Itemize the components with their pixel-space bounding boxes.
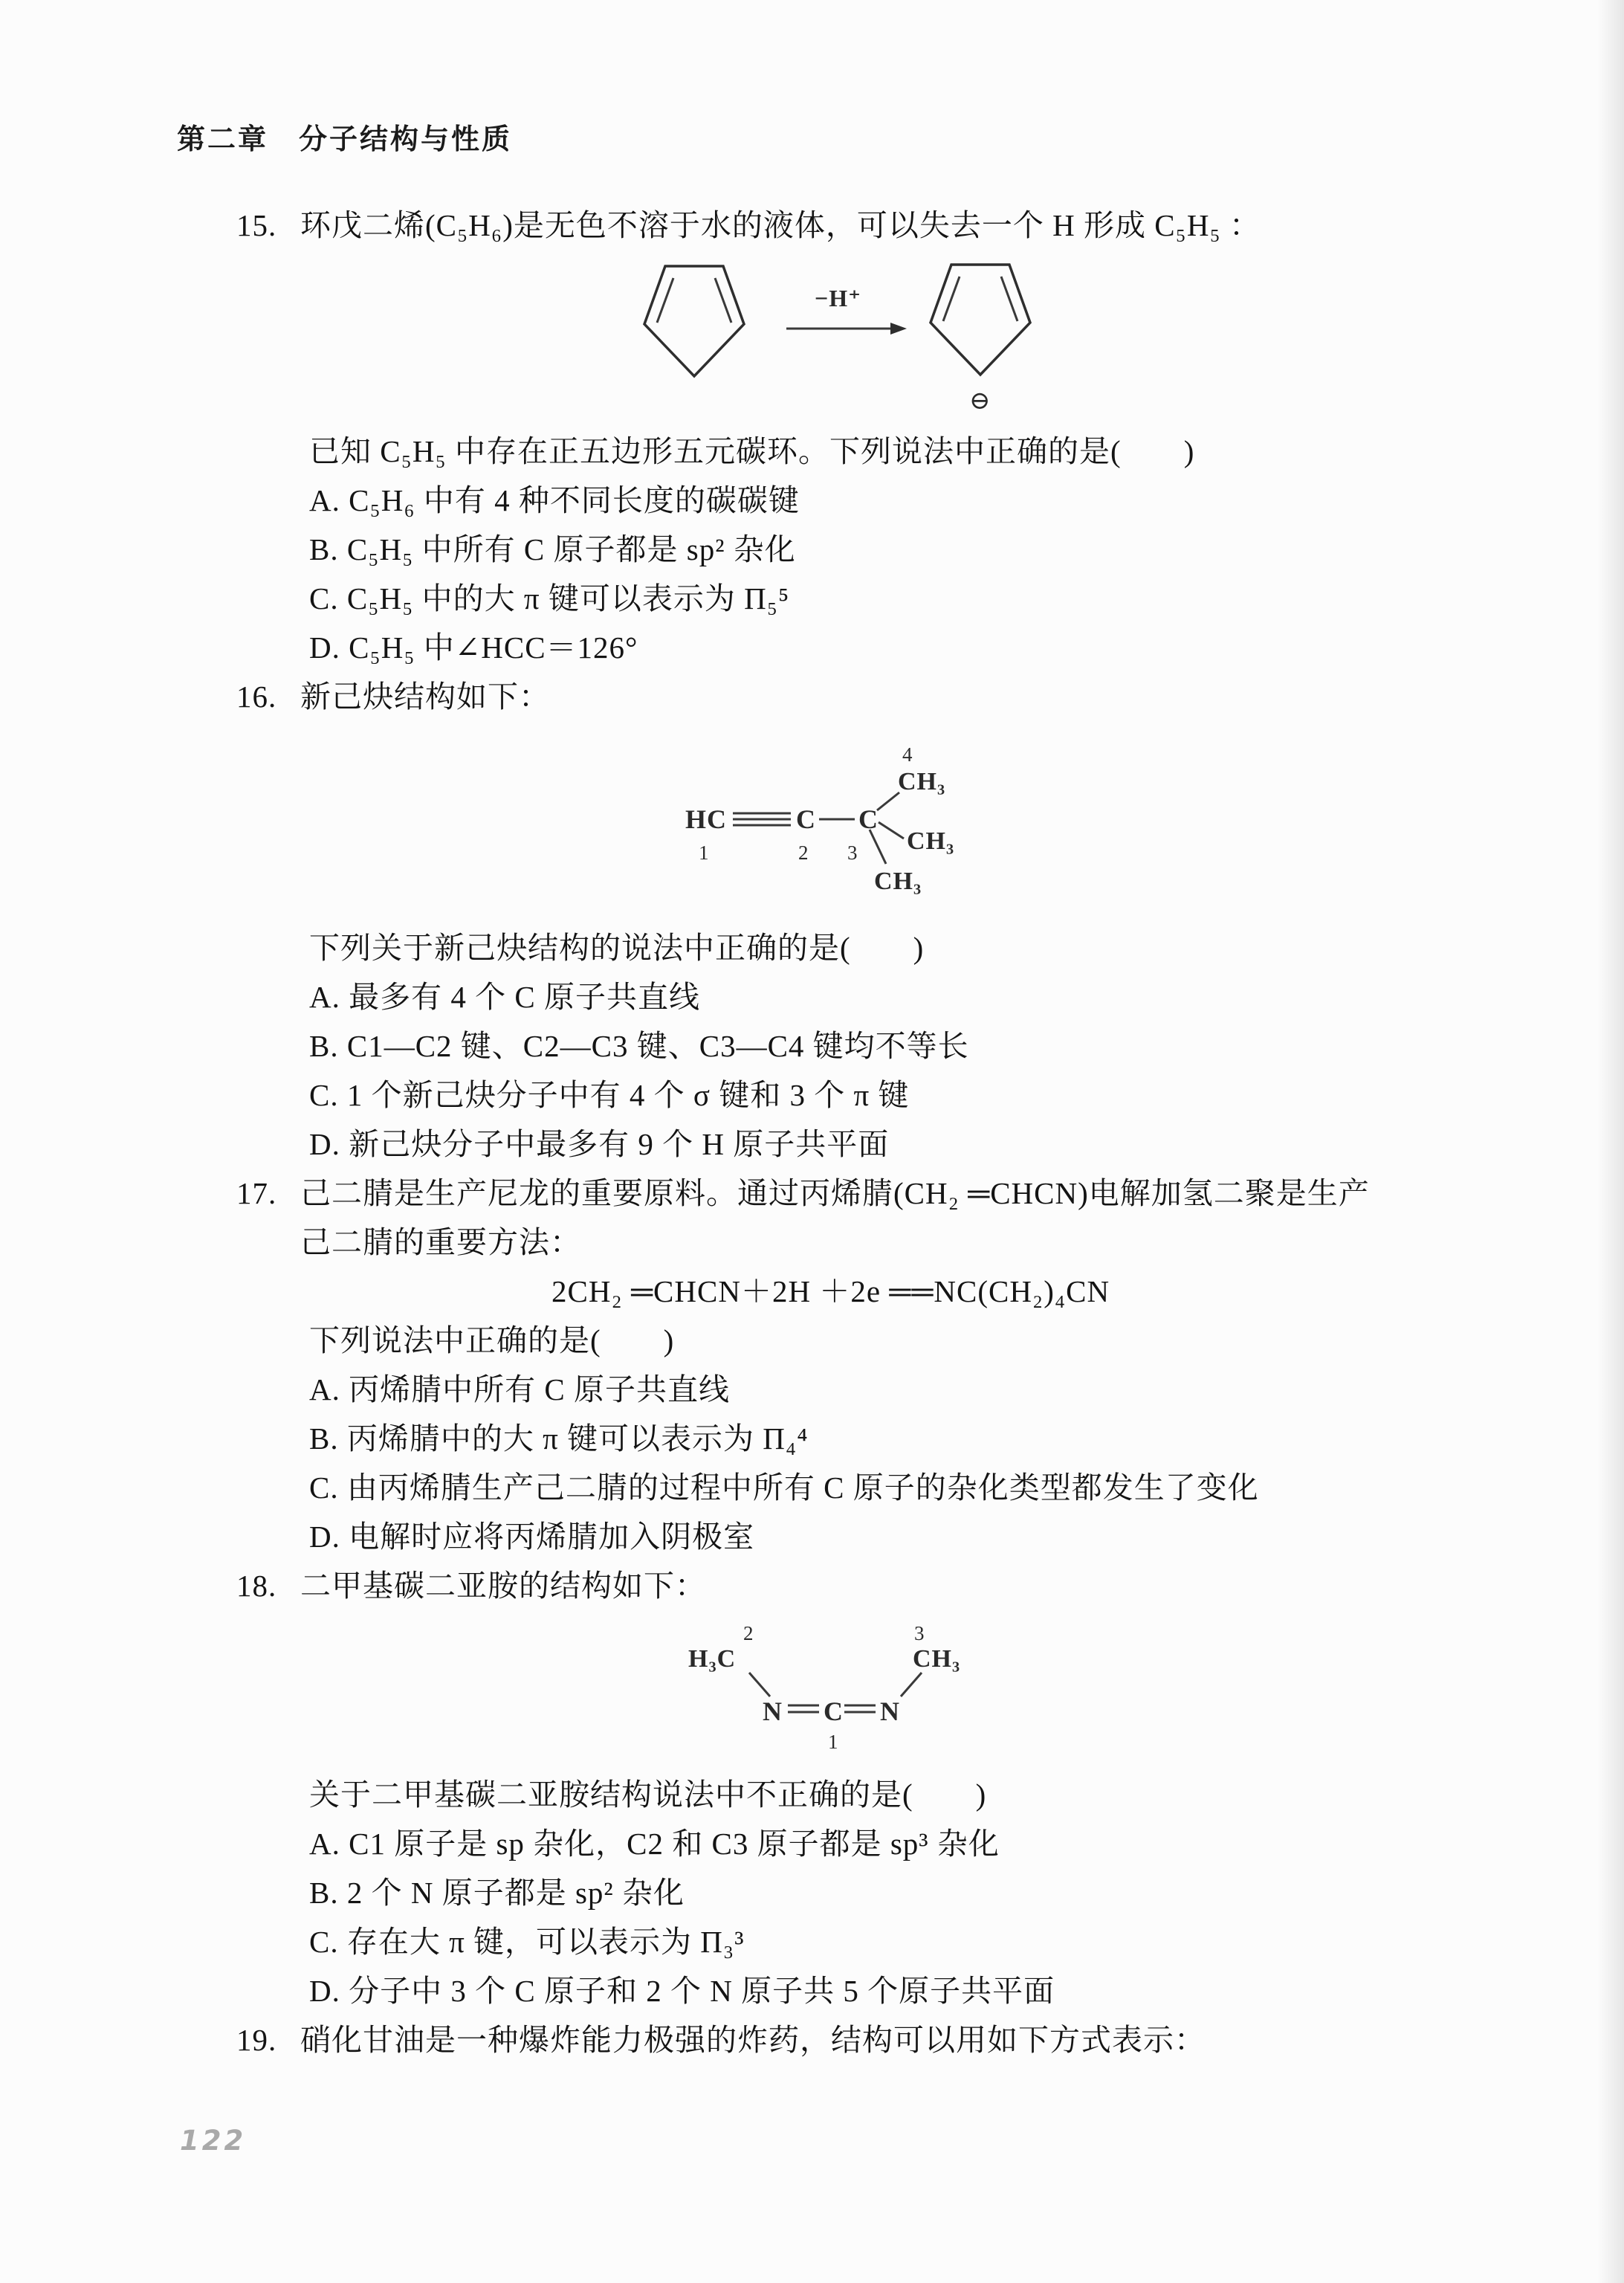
question-16-option-a: A. 最多有 4 个 C 原子共直线 xyxy=(236,972,1530,1021)
question-16-stem: 16.新己炔结构如下： xyxy=(236,672,1530,721)
chapter-header: 第二章 分子结构与性质 xyxy=(177,116,512,157)
cyclopentadiene-ring xyxy=(644,266,744,376)
methyl-right: CH₃ xyxy=(907,827,954,855)
neohexyne-figure: HC C C 4 CH₃ CH₃ CH xyxy=(679,732,1530,910)
question-17-option-b: B. 丙烯腈中的大 π 键可以表示为 Π₄⁴ xyxy=(236,1414,1530,1463)
question-16-option-c: C. 1 个新己炔分子中有 4 个 σ 键和 3 个 π 键 xyxy=(236,1071,1530,1120)
carbodiimide-structure: 2 H₃C N C 1 N 3 CH₃ xyxy=(679,1619,999,1757)
question-text: 己二腈是生产尼龙的重要原料。通过丙烯腈(CH₂ ═CHCN)电解加氢二聚是生产 xyxy=(300,1176,1370,1210)
question-18-option-c: C. 存在大 π 键，可以表示为 Π₃³ xyxy=(236,1917,1530,1966)
question-18-option-b: B. 2 个 N 原子都是 sp² 杂化 xyxy=(236,1868,1530,1917)
cyclopentadiene-structure: −H⁺ ⊖ xyxy=(629,257,1045,415)
methyl-top: CH₃ xyxy=(898,768,945,795)
question-18-option-a: A. C1 原子是 sp 杂化，C2 和 C3 原子都是 sp³ 杂化 xyxy=(236,1819,1530,1868)
question-19: 19.硝化甘油是一种爆炸能力极强的炸药，结构可以用如下方式表示： xyxy=(236,2015,1530,2064)
question-16-option-b: B. C1—C2 键、C2—C3 键、C3—C4 键均不等长 xyxy=(236,1021,1530,1071)
question-number: 19. xyxy=(236,2015,300,2064)
nitrogen-right: N xyxy=(880,1696,900,1726)
label-1: 1 xyxy=(699,842,710,864)
negative-charge-icon: ⊖ xyxy=(969,387,991,415)
arrow-label: −H⁺ xyxy=(815,285,861,311)
methyl-left: H₃C xyxy=(688,1645,736,1673)
cyclopentadienide-ring: ⊖ xyxy=(931,265,1030,415)
question-16: 16.新己炔结构如下： HC C C 4 CH₃ xyxy=(236,672,1530,1169)
question-18-option-d: D. 分子中 3 个 C 原子和 2 个 N 原子共 5 个原子共平面 xyxy=(236,1966,1530,2015)
page-number: 122 xyxy=(180,2125,246,2157)
label-3: 3 xyxy=(914,1622,925,1644)
question-15-lead: 已知 C₅H₅ 中存在正五边形五元碳环。下列说法中正确的是( ) xyxy=(236,427,1530,476)
methyl-right: CH₃ xyxy=(913,1645,960,1673)
label-3: 3 xyxy=(847,842,858,864)
question-number: 17. xyxy=(236,1169,300,1218)
methyl-bottom: CH₃ xyxy=(874,868,922,895)
question-15-option-d: D. C₅H₅ 中∠HCC＝126° xyxy=(236,623,1530,672)
question-17: 17.己二腈是生产尼龙的重要原料。通过丙烯腈(CH₂ ═CHCN)电解加氢二聚是… xyxy=(236,1169,1530,1561)
question-17-option-a: A. 丙烯腈中所有 C 原子共直线 xyxy=(236,1365,1530,1414)
question-text: 二甲基碳二亚胺的结构如下： xyxy=(300,1569,706,1603)
question-15: 15.环戊二烯(C₅H₆)是无色不溶于水的液体，可以失去一个 H 形成 C₅H₅… xyxy=(236,201,1530,672)
question-15-stem: 15.环戊二烯(C₅H₆)是无色不溶于水的液体，可以失去一个 H 形成 C₅H₅… xyxy=(236,201,1530,250)
electro-dimerization-equation: 2CH₂ ═CHCN＋2H ＋2e ══NC(CH₂)₄CN xyxy=(236,1267,1530,1316)
question-15-option-b: B. C₅H₅ 中所有 C 原子都是 sp² 杂化 xyxy=(236,525,1530,574)
cyclopentadiene-reaction-figure: −H⁺ ⊖ xyxy=(629,257,1530,415)
question-18-stem: 18.二甲基碳二亚胺的结构如下： xyxy=(236,1561,1530,1610)
neohexyne-structure: HC C C 4 CH₃ CH₃ CH xyxy=(679,732,999,910)
question-text: 新己炔结构如下： xyxy=(300,679,550,714)
reaction-arrow: −H⁺ xyxy=(786,285,907,335)
page-content: 15.环戊二烯(C₅H₆)是无色不溶于水的液体，可以失去一个 H 形成 C₅H₅… xyxy=(236,201,1530,2064)
question-number: 16. xyxy=(236,672,300,721)
question-17-option-d: D. 电解时应将丙烯腈加入阴极室 xyxy=(236,1512,1530,1561)
question-18-lead: 关于二甲基碳二亚胺结构说法中不正确的是( ) xyxy=(236,1770,1530,1819)
carbon-1: C xyxy=(824,1696,844,1726)
question-16-option-d: D. 新己炔分子中最多有 9 个 H 原子共平面 xyxy=(236,1120,1530,1169)
question-17-lead: 下列说法中正确的是( ) xyxy=(236,1316,1530,1365)
question-17-option-c: C. 由丙烯腈生产己二腈的过程中所有 C 原子的杂化类型都发生了变化 xyxy=(236,1463,1530,1512)
question-15-option-c: C. C₅H₅ 中的大 π 键可以表示为 Π₅⁵ xyxy=(236,574,1530,623)
nitrogen-left: N xyxy=(763,1696,783,1726)
textbook-page: 第二章 分子结构与性质 15.环戊二烯(C₅H₆)是无色不溶于水的液体，可以失去… xyxy=(0,0,1624,2283)
question-18: 18.二甲基碳二亚胺的结构如下： 2 H₃C N C 1 N 3 xyxy=(236,1561,1530,2015)
question-number: 15. xyxy=(236,201,300,250)
question-19-stem: 19.硝化甘油是一种爆炸能力极强的炸药，结构可以用如下方式表示： xyxy=(236,2015,1530,2064)
question-16-lead: 下列关于新己炔结构的说法中正确的是( ) xyxy=(236,923,1530,972)
dimethylcarbodiimide-figure: 2 H₃C N C 1 N 3 CH₃ xyxy=(679,1619,1530,1757)
question-text: 硝化甘油是一种爆炸能力极强的炸药，结构可以用如下方式表示： xyxy=(300,2023,1206,2057)
hc-group: HC xyxy=(685,804,727,834)
question-number: 18. xyxy=(236,1561,300,1610)
question-text: 环戊二烯(C₅H₆)是无色不溶于水的液体，可以失去一个 H 形成 C₅H₅ ： xyxy=(300,208,1261,242)
scan-edge-shading xyxy=(1597,0,1624,2283)
label-1: 1 xyxy=(828,1731,839,1753)
carbon-3: C xyxy=(858,804,879,834)
question-17-stem-line2: 己二腈的重要方法： xyxy=(236,1218,1530,1267)
label-2: 2 xyxy=(743,1622,754,1644)
label-4: 4 xyxy=(902,743,913,766)
question-15-option-a: A. C₅H₆ 中有 4 种不同长度的碳碳键 xyxy=(236,476,1530,525)
label-2: 2 xyxy=(798,842,809,864)
carbon-2: C xyxy=(796,804,816,834)
question-17-stem-line1: 17.己二腈是生产尼龙的重要原料。通过丙烯腈(CH₂ ═CHCN)电解加氢二聚是… xyxy=(236,1169,1530,1218)
